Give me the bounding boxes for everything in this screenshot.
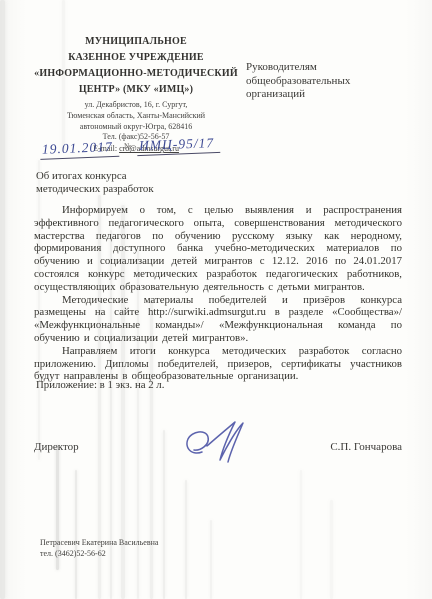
subject-line: Об итогах конкурса (36, 170, 236, 183)
addressee-line: общеобразовательных (246, 75, 416, 89)
org-name-line: «ИНФОРМАЦИОННО-МЕТОДИЧЕСКИЙ (28, 66, 244, 82)
scan-artifact (163, 430, 165, 599)
org-address-line: Тюменская область, Ханты-Мансийский (28, 111, 244, 122)
scan-artifact (185, 480, 187, 599)
scan-artifact (0, 0, 5, 599)
executor-phone: тел. (3462)52-56-62 (40, 549, 158, 560)
handwritten-number: ИМЦ-95/17 (137, 135, 221, 156)
signer-name: С.П. Гончарова (330, 441, 402, 453)
handwritten-date: 19.01.2017 (40, 139, 119, 160)
subject-line: методических разработок (36, 183, 236, 196)
scan-artifact (210, 520, 212, 599)
executor-name: Петрасевич Екатерина Васильевна (40, 538, 158, 549)
number-sign: № (124, 141, 132, 150)
addressee-line: организаций (246, 88, 416, 102)
signature-row: Директор С.П. Гончарова (34, 441, 402, 453)
signer-position: Директор (34, 441, 79, 453)
body-paragraph: Методические материалы победителей и при… (34, 294, 402, 345)
scan-artifact (300, 470, 302, 599)
attachment-note: Приложение: в 1 экз. на 2 л. (36, 379, 164, 391)
scan-artifact (330, 500, 333, 599)
addressee-block: Руководителям общеобразовательных органи… (246, 61, 416, 102)
org-address-line: ул. Декабристов, 16, г. Сургут, (28, 100, 244, 111)
org-name-line: КАЗЕННОЕ УЧРЕЖДЕНИЕ (28, 50, 244, 66)
org-name-line: МУНИЦИПАЛЬНОЕ (28, 34, 244, 50)
executor-footer: Петрасевич Екатерина Васильевна тел. (34… (40, 538, 158, 559)
subject-block: Об итогах конкурса методических разработ… (36, 170, 236, 196)
body-paragraph: Информируем о том, с целью выявления и р… (34, 204, 402, 294)
org-name-line: ЦЕНТР» (МКУ «ИМЦ») (28, 82, 244, 98)
addressee-line: Руководителям (246, 61, 416, 75)
scanned-letter-page: МУНИЦИПАЛЬНОЕ КАЗЕННОЕ УЧРЕЖДЕНИЕ «ИНФОР… (0, 0, 432, 599)
org-address-line: автономный округ-Югра, 628416 (28, 122, 244, 133)
body-paragraph: Направляем итоги конкурса методических р… (34, 345, 402, 383)
letter-body: Информируем о том, с целью выявления и р… (34, 204, 402, 383)
scan-artifact (75, 470, 77, 599)
